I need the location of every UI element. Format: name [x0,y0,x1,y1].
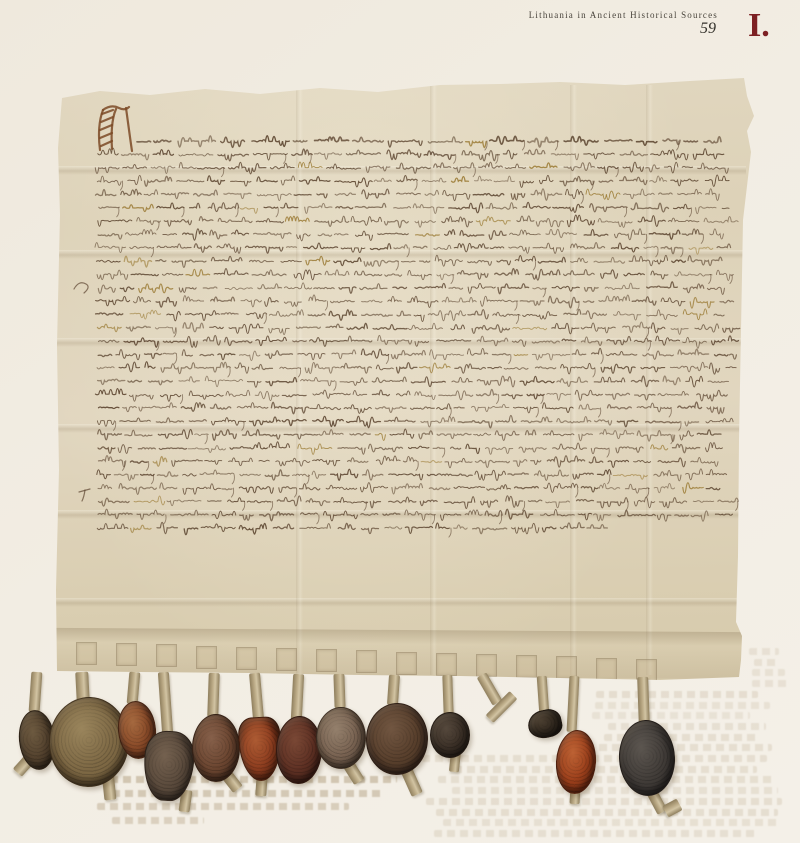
plica-slit [276,648,297,671]
seal-ribbon [291,674,304,721]
seal-ribbon [249,673,264,720]
fold-crease [56,338,746,347]
show-through-line [443,819,780,826]
plica-slit [196,646,217,669]
seal-ribbon [158,672,173,735]
wax-seal-10 [430,712,470,758]
seal-ribbon [333,674,345,708]
fold-crease [430,85,437,675]
plica-slit [116,643,137,666]
wax-seal-12 [554,729,598,796]
wax-seal-9 [365,702,429,776]
charter-photograph [0,0,800,843]
seal-ribbon [207,673,220,717]
show-through-line [754,659,781,666]
plica-slit [236,647,257,670]
show-through-line [749,648,779,655]
fold-crease [56,598,746,607]
show-through-line [436,809,778,816]
show-through-line [596,691,758,698]
seal-ribbon [637,677,650,725]
wax-seal-11 [525,707,564,741]
seal-ribbon [387,675,400,706]
show-through-line [454,766,757,773]
show-through-line [426,798,783,805]
fold-crease [56,250,746,259]
seal-ribbon [127,672,141,705]
seal-ribbon [442,675,453,715]
show-through-line [752,680,787,687]
wax-seal-8 [316,707,366,769]
show-through-line [595,702,770,709]
show-through-line [586,744,772,751]
fold-crease [296,85,303,675]
fold-crease [56,166,746,175]
seal-ribbon [29,672,43,713]
plica-slit [76,642,97,665]
book-page: Lithuania in Ancient Historical Sources … [0,0,800,843]
show-through-line [752,669,785,676]
show-through-line [112,817,204,824]
plica-slit [516,655,537,678]
show-through-line [452,787,778,794]
show-through-line [592,712,750,719]
wax-seal-5 [192,714,240,782]
wax-seal-13 [617,719,677,798]
seal-ribbon [567,676,580,732]
show-through-line [434,830,755,837]
fold-crease [56,510,746,519]
fold-crease [56,424,746,433]
wax-seal-7 [275,715,323,785]
fold-crease [570,85,577,675]
fold-crease [646,85,653,675]
plica-slit [436,653,457,676]
plica-slit [316,649,337,672]
show-through-line [97,803,349,810]
plica-slit [596,658,617,681]
plica-slit [356,650,377,673]
plica-slit [156,644,177,667]
plica-slit [396,652,417,675]
wax-seal-2 [47,696,130,789]
show-through-line [438,776,773,783]
